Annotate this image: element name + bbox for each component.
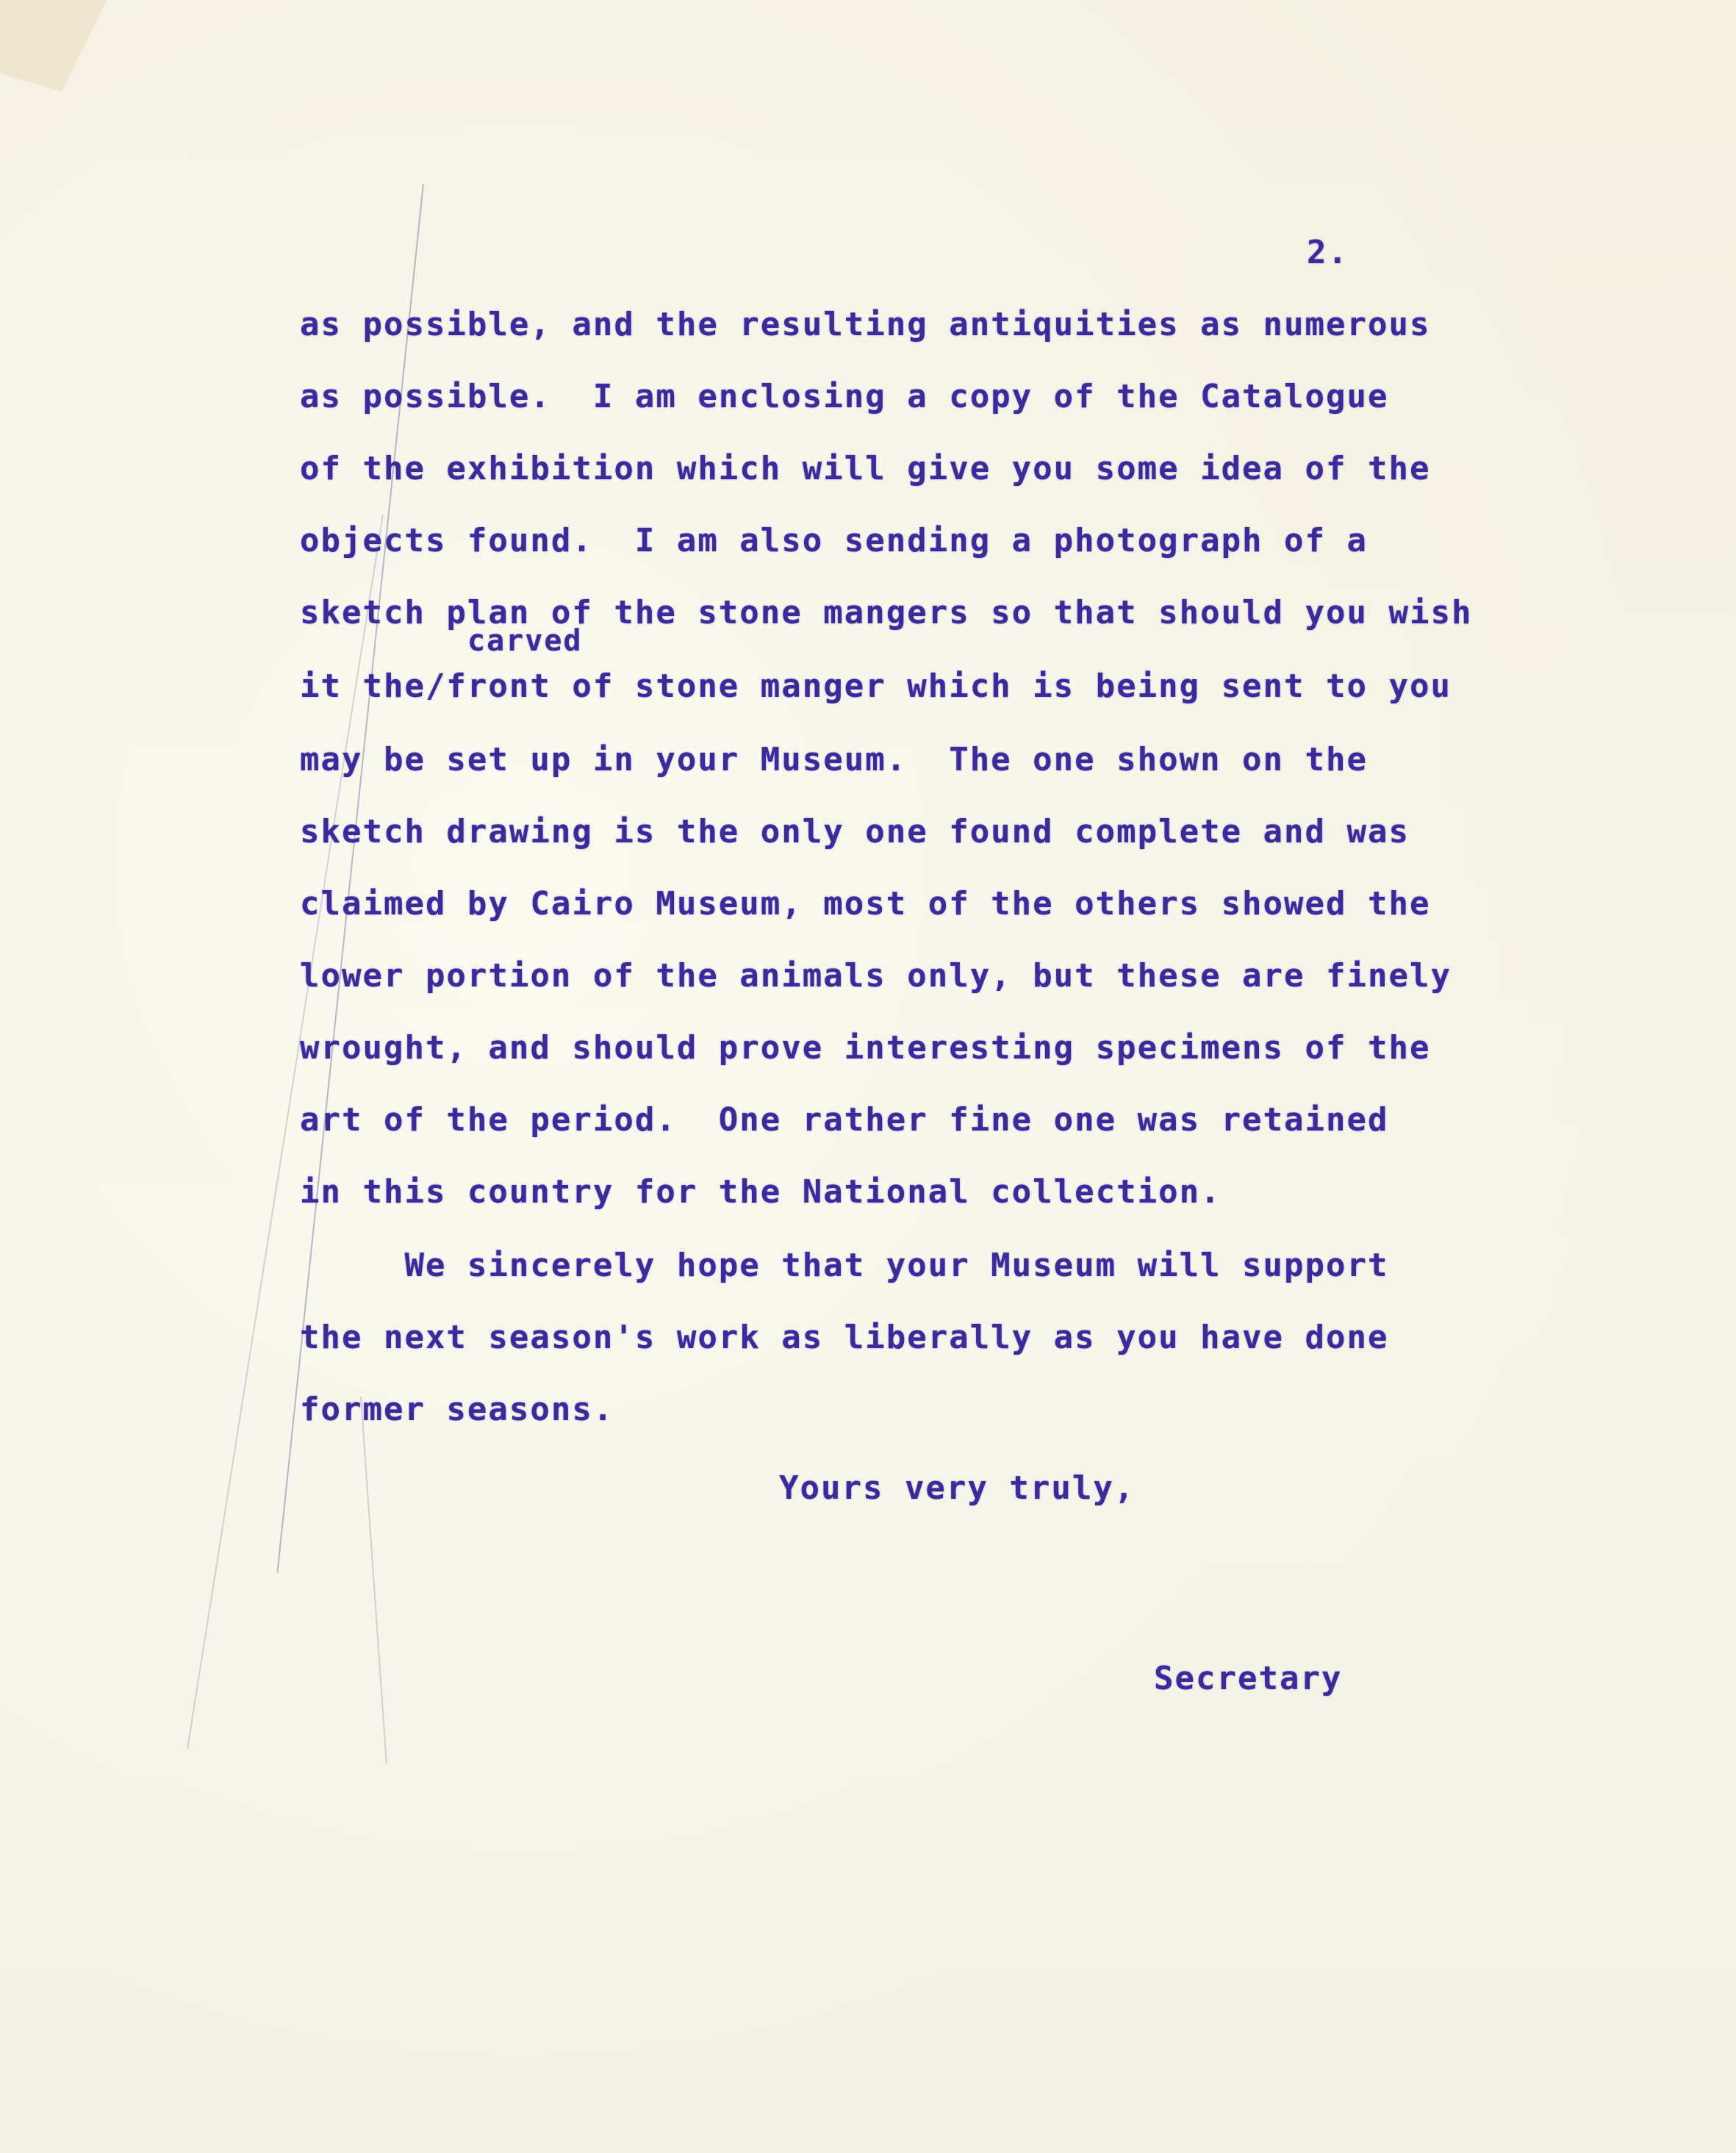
body-line: objects found. I am also sending a photo… [300, 525, 1368, 557]
body-line: the next season's work as liberally as y… [300, 1322, 1389, 1354]
pencil-crease [360, 1397, 387, 1763]
body-line: as possible. I am enclosing a copy of th… [300, 381, 1389, 413]
folded-corner [0, 0, 107, 92]
body-line: claimed by Cairo Museum, most of the oth… [300, 888, 1430, 920]
body-line: wrought, and should prove interesting sp… [300, 1032, 1430, 1064]
body-line: in this country for the National collect… [300, 1176, 1222, 1208]
body-line: sketch drawing is the only one found com… [300, 816, 1410, 848]
body-line: as possible, and the resulting antiquiti… [300, 309, 1430, 341]
interlinear-insertion: carved [467, 626, 583, 656]
body-line: lower portion of the animals only, but t… [300, 960, 1452, 992]
body-line: of the exhibition which will give you so… [300, 453, 1430, 485]
letter-page: 2. as possible, and the resulting antiqu… [0, 0, 1736, 2153]
closing: Yours very truly, [779, 1472, 1135, 1505]
page-number: 2. [1307, 237, 1349, 269]
body-line: it the/front of stone manger which is be… [300, 670, 1452, 703]
body-line: We sincerely hope that your Museum will … [300, 1250, 1389, 1282]
body-line: may be set up in your Museum. The one sh… [300, 744, 1368, 776]
signature-title: Secretary [1154, 1663, 1342, 1695]
body-line: former seasons. [300, 1394, 614, 1426]
body-line: art of the period. One rather fine one w… [300, 1104, 1389, 1136]
